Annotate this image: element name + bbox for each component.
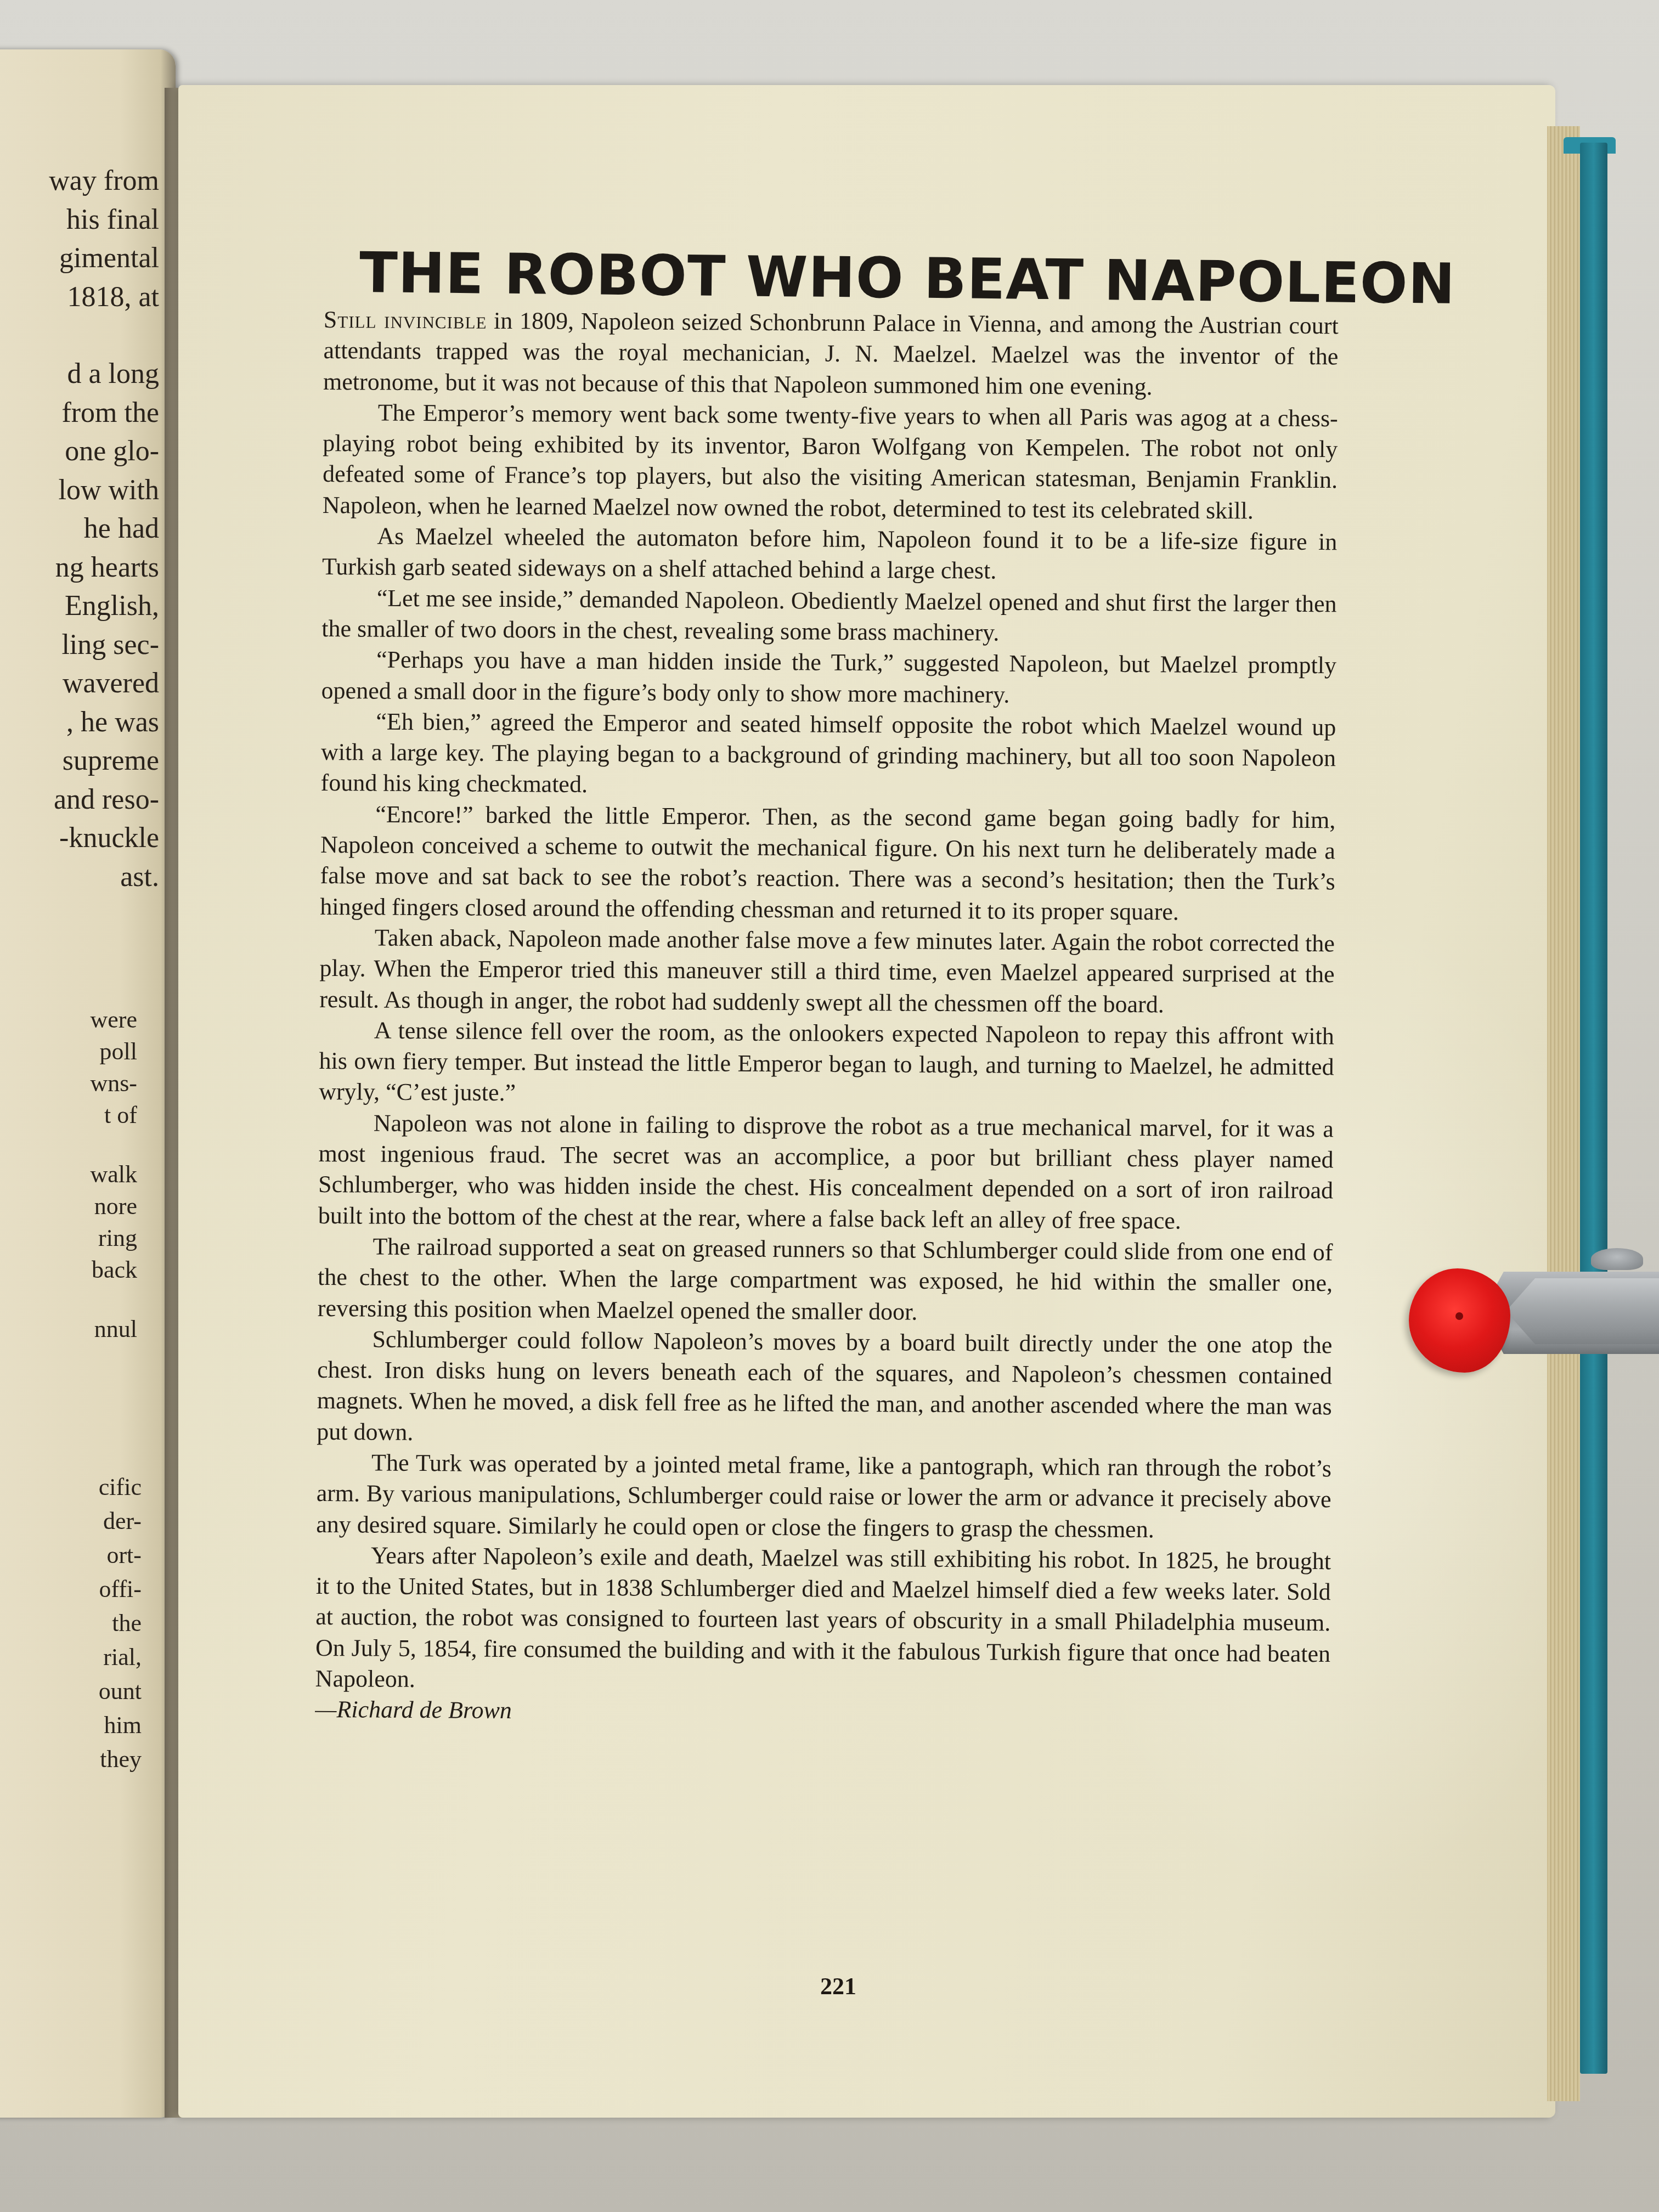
paragraph: “Encore!” barked the little Emperor. The…: [320, 799, 1335, 928]
left-line: the: [0, 1606, 142, 1640]
left-line: ort-: [0, 1538, 142, 1572]
left-line: nore: [0, 1190, 137, 1222]
article-title: THE ROBOT WHO BEAT NAPOLEON: [359, 240, 1325, 315]
left-line: der-: [0, 1504, 142, 1538]
left-page-text-top: way from his final gimental 1818, at d a…: [0, 162, 159, 896]
book-cover-edge: [1580, 143, 1607, 2074]
left-line: low with: [0, 471, 159, 510]
lead-in-smallcaps: Still invincible: [324, 306, 487, 334]
left-line: walk: [0, 1159, 137, 1190]
clip-bevel: [1506, 1278, 1659, 1344]
paragraph: The Turk was operated by a jointed metal…: [316, 1447, 1331, 1546]
left-line: his final: [0, 201, 159, 240]
paragraph: Years after Napoleon’s exile and death, …: [315, 1540, 1331, 1701]
clip-rivet-icon: [1591, 1248, 1643, 1270]
left-line: ling sec-: [0, 626, 159, 665]
left-line: rial,: [0, 1640, 142, 1674]
left-line: gimental: [0, 239, 159, 278]
left-line: him: [0, 1708, 142, 1742]
left-line: ast.: [0, 858, 159, 897]
paragraph: “Eh bien,” agreed the Emperor and seated…: [320, 706, 1336, 805]
right-page: THE ROBOT WHO BEAT NAPOLEON Still invinc…: [178, 85, 1555, 2118]
left-line: nnul: [0, 1313, 137, 1345]
paragraph: Taken aback, Napoleon made another false…: [319, 922, 1335, 1021]
paragraph: Schlumberger could follow Napoleon’s mov…: [317, 1324, 1332, 1453]
paragraph: “Let me see inside,” demanded Napoleon. …: [321, 583, 1337, 651]
page-fore-edge: [1547, 126, 1580, 2101]
left-page: way from his final gimental 1818, at d a…: [0, 49, 176, 2118]
left-line: , he was: [0, 703, 159, 742]
left-page-text-middle: were poll wns- t of walk nore ring back …: [0, 1004, 137, 1345]
paragraph: “Perhaps you have a man hidden inside th…: [321, 644, 1337, 712]
left-line: from the: [0, 394, 159, 433]
paragraph: The Emperor’s memory went back some twen…: [323, 397, 1338, 527]
left-line: English,: [0, 587, 159, 626]
left-line: he had: [0, 510, 159, 549]
left-line: were: [0, 1004, 137, 1036]
left-line: supreme: [0, 742, 159, 781]
left-line: -knuckle: [0, 819, 159, 858]
paragraph: A tense silence fell over the room, as t…: [319, 1015, 1334, 1114]
paragraph: Napoleon was not alone in failing to dis…: [318, 1108, 1334, 1237]
paragraph: The railroad supported a seat on greased…: [318, 1231, 1333, 1330]
article-body: Still invincible in 1809, Napoleon seize…: [315, 304, 1339, 1731]
left-line: they: [0, 1742, 142, 1776]
left-line: back: [0, 1254, 137, 1286]
left-line: way from: [0, 162, 159, 201]
left-line: offi-: [0, 1572, 142, 1606]
left-line: poll: [0, 1036, 137, 1068]
left-line: wavered: [0, 664, 159, 703]
author-byline: —Richard de Brown: [315, 1694, 1330, 1731]
left-line: cific: [0, 1470, 142, 1504]
left-line: t of: [0, 1099, 137, 1131]
left-line: wns-: [0, 1068, 137, 1099]
left-line: ount: [0, 1674, 142, 1708]
left-line: one glo-: [0, 432, 159, 471]
paragraph: Still invincible in 1809, Napoleon seize…: [323, 304, 1339, 403]
page-number: 221: [820, 1972, 856, 2000]
left-line: 1818, at: [0, 278, 159, 317]
left-line: and reso-: [0, 781, 159, 820]
left-page-text-bottom: cific der- ort- offi- the rial, ount him…: [0, 1470, 142, 1776]
left-line: d a long: [0, 355, 159, 394]
paragraph: As Maelzel wheeled the automaton before …: [322, 521, 1338, 589]
left-line: ng hearts: [0, 549, 159, 588]
left-line: ring: [0, 1222, 137, 1254]
